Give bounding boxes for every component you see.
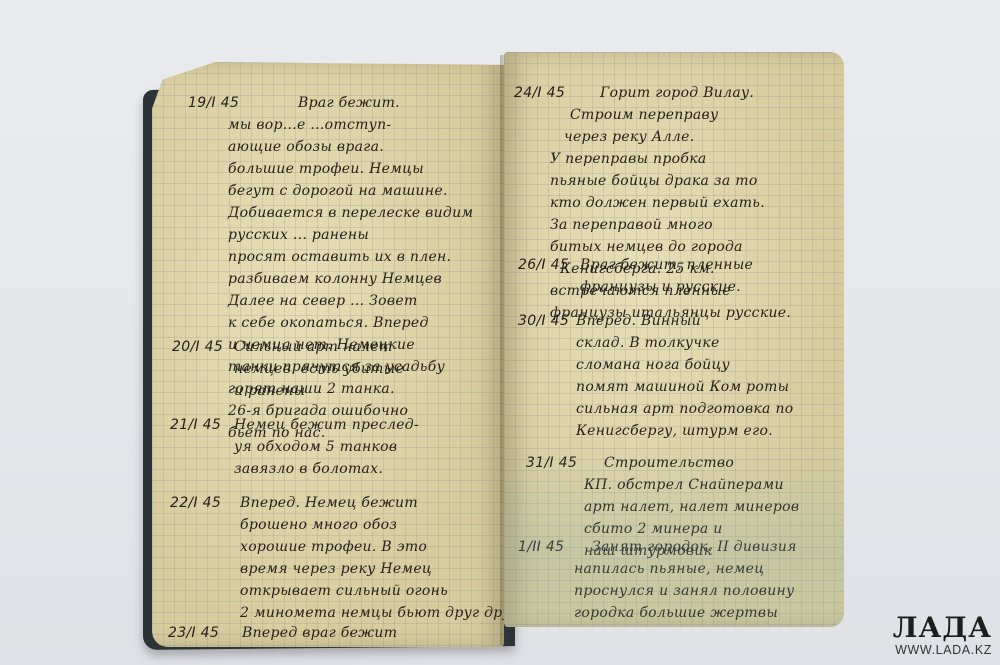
entry-line: бегут с дорогой на машине. (228, 180, 504, 202)
entry-date: 1/II 45 (518, 536, 564, 558)
entry-line: Строительство (584, 452, 844, 474)
entry-line: напилась пьяные, немец (574, 558, 844, 580)
entry-date: 22/I 45 (170, 492, 221, 514)
entry-line: КП. обстрел Снайперами (584, 474, 844, 496)
entry-line: Добивается в перелеске видим (228, 202, 504, 224)
entry-line: через реку Алле. (550, 126, 840, 148)
entry-line: Сильный арт налет (234, 336, 504, 358)
entry-date: 23/I 45 (168, 622, 219, 644)
entry-line: кто должен первый ехать. (550, 192, 840, 214)
entry-line: арт налет, налет минеров (584, 496, 844, 518)
entry-line: и ранены (234, 380, 504, 402)
entry-line: брошено много обоз (240, 514, 504, 536)
entry-line: к себе окопаться. Вперед (228, 312, 504, 334)
entry-line: Горит город Вилау. (550, 82, 840, 104)
entry-date: 30/I 45 (518, 310, 569, 332)
photo-scene: 19/I 45 Враг бежит. мы вор...е ...отступ… (0, 0, 1000, 665)
entry-line: У переправы пробка (550, 148, 840, 170)
entry-line: Вперед. Немец бежит (240, 492, 504, 514)
entry-line: ающие обозы врага. (228, 136, 504, 158)
entry-line: весь день тяжелые бои. (574, 624, 844, 627)
entry-line: помят машиной Ком роты (576, 376, 844, 398)
entry-line: Далее на север ... Зовет (228, 290, 504, 312)
entry-line: Немец бежит преслед- (234, 414, 504, 436)
entry-line: разбиваем колонну Немцев (228, 268, 504, 290)
entry-line: открывает сильный огонь (240, 580, 504, 602)
entry-date: 31/I 45 (526, 452, 577, 474)
entry-line: Строим переправу (550, 104, 840, 126)
entry-line: завязло в болотах. (234, 458, 504, 480)
entry-line: мы вор...е ...отступ- (228, 114, 504, 136)
entry-line: Кенигсбергу, штурм его. (576, 420, 844, 442)
entry-date: 26/I 45 (518, 254, 569, 276)
left-page: 19/I 45 Враг бежит. мы вор...е ...отступ… (152, 62, 504, 647)
entry-line: русских ... ранены (228, 224, 504, 246)
entry-line: до вечера. (242, 644, 502, 647)
entry-line: французы и русские. (580, 276, 840, 298)
entry-line: время через реку Немец (240, 558, 504, 580)
watermark-url: WWW.LADA.KZ (893, 643, 992, 657)
entry-line: Враг бежит. (228, 92, 504, 114)
entry-date: 21/I 45 (170, 414, 221, 436)
entry-line: склад. В толкучке (576, 332, 844, 354)
watermark-logo: ЛАДА (893, 613, 992, 643)
right-page: 24/I 45 Горит город Вилау. Строим перепр… (504, 52, 844, 627)
entry-line: За переправой много (550, 214, 840, 236)
entry-line: городка большие жертвы (574, 602, 844, 624)
entry-line: 2 миномета немцы бьют друг друга (240, 602, 504, 624)
entry-line: Вперед враг бежит (242, 622, 502, 644)
entry-line: уя обходом 5 танков (234, 436, 504, 458)
entry-date: 20/I 45 (172, 336, 223, 358)
entry-line: Вперед. Винный (576, 310, 844, 332)
entry-line: проснулся и занял половину (574, 580, 844, 602)
entry-line: Занят городок. II дивизия (574, 536, 844, 558)
entry-line: большие трофеи. Немцы (228, 158, 504, 180)
entry-line: хорошие трофеи. В это (240, 536, 504, 558)
entry-line: немцев. есть убитые (234, 358, 504, 380)
entry-line: сильная арт подготовка по (576, 398, 844, 420)
watermark: ЛАДА WWW.LADA.KZ (893, 613, 992, 657)
entry-line: пьяные бойцы драка за то (550, 170, 840, 192)
entry-line: Враг бежит, пленные (580, 254, 840, 276)
entry-line: сломана нога бойцу (576, 354, 844, 376)
entry-line: просят оставить их в плен. (228, 246, 504, 268)
